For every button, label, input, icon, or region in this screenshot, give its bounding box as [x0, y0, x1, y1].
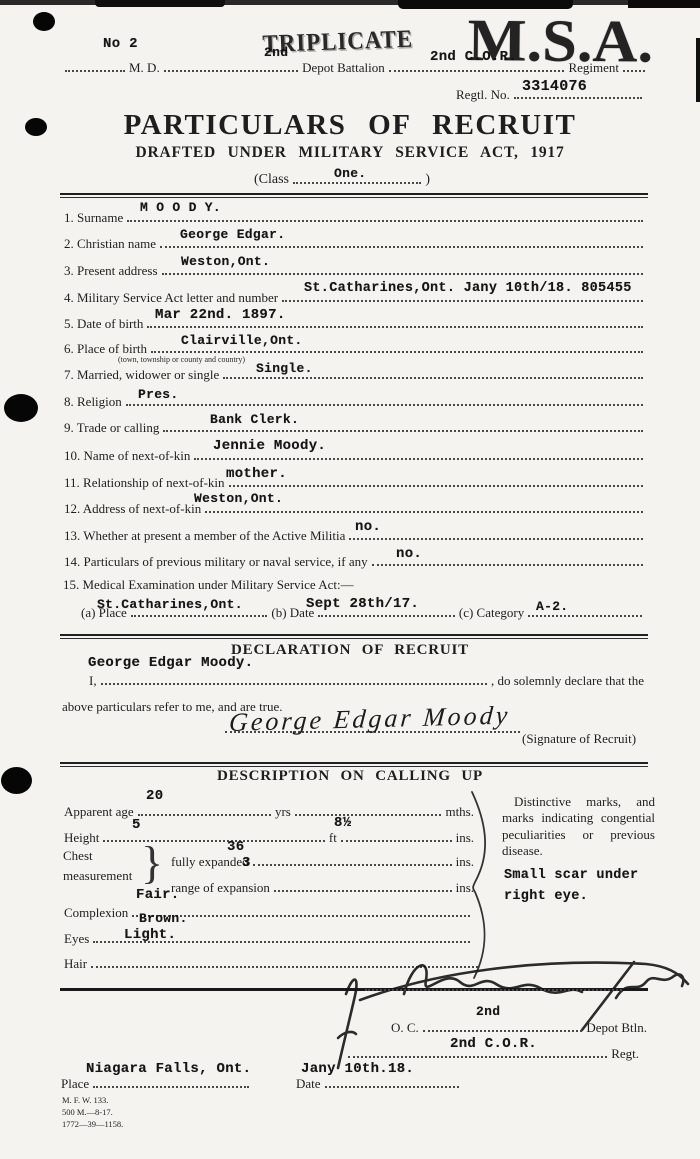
dotted-line — [372, 564, 643, 566]
field-label: 8. Religion — [63, 395, 123, 409]
chest-label-line2: measurement — [63, 866, 132, 886]
field-row-date-of-birth: 5. Date of birth — [63, 315, 646, 331]
declaration-suffix-label: , do solemnly declare that the — [490, 674, 645, 688]
field-row-trade: 9. Trade or calling — [63, 419, 646, 435]
field-row-next-of-kin-name: 10. Name of next-of-kin — [63, 447, 646, 463]
distinctive-marks-value: Small scar under right eye. — [504, 866, 682, 908]
eyes-label: Eyes — [63, 932, 90, 946]
footer-date-line: Date — [295, 1075, 462, 1091]
dotted-line — [151, 351, 643, 353]
range-expansion-value: 3 — [242, 855, 251, 871]
regt-label: Regt. — [610, 1047, 640, 1061]
field-value-next-of-kin-relationship: mother. — [226, 466, 287, 482]
field-value-active-militia: no. — [355, 519, 381, 535]
declaration-line1: I, , do solemnly declare that the — [88, 672, 645, 688]
scan-blob — [95, 0, 225, 7]
dotted-line — [138, 814, 271, 816]
dotted-line — [282, 300, 643, 302]
dotted-line — [325, 1086, 459, 1088]
field-label: 7. Married, widower or single — [63, 368, 220, 382]
class-value: One. — [334, 166, 366, 181]
copy-number-typed: No 2 — [103, 36, 138, 52]
fully-expanded-value: 36 — [227, 839, 244, 855]
field-row-christian-name: 2. Christian name — [63, 235, 646, 251]
oc-line: O. C. Depot Btln. — [390, 1019, 648, 1035]
depot-battalion-label: Depot Battalion — [301, 61, 386, 75]
footer-place-label: Place — [60, 1077, 90, 1091]
ft-label: ft — [328, 831, 338, 845]
complexion-label: Complexion — [63, 906, 129, 920]
declaration-typed-name: George Edgar Moody. — [88, 655, 253, 671]
dotted-line — [514, 97, 642, 99]
md-label: M. D. — [128, 61, 161, 75]
field-label: 9. Trade or calling — [63, 421, 160, 435]
dotted-line — [101, 683, 487, 685]
declaration-i-label: I, — [88, 674, 98, 688]
field-value-previous-service: no. — [396, 546, 422, 562]
dotted-line — [229, 485, 643, 487]
class-open-label: (Class — [253, 172, 290, 187]
field-label: 6. Place of birth — [63, 342, 148, 356]
height-line: Height ft ins. — [63, 829, 475, 845]
field-label: 10. Name of next-of-kin — [63, 449, 191, 463]
field-row-marital-status: 7. Married, widower or single — [63, 366, 646, 382]
dotted-line — [160, 246, 643, 248]
fully-expanded-line: fully expanded ins. — [170, 853, 475, 869]
footer-date-label: Date — [295, 1077, 322, 1091]
range-expansion-line: range of expansion ins. — [170, 879, 475, 895]
dotted-line — [348, 1056, 607, 1058]
dotted-line — [65, 70, 125, 72]
apparent-age-value: 20 — [146, 788, 163, 804]
field-value-next-of-kin-name: Jennie Moody. — [213, 438, 326, 454]
apparent-age-line: Apparent age yrs mths. — [63, 803, 475, 819]
dotted-line — [163, 430, 643, 432]
dotted-line — [127, 220, 643, 222]
field-row-place-of-birth: 6. Place of birth — [63, 340, 646, 356]
dotted-line — [423, 1030, 583, 1032]
dotted-line — [341, 840, 452, 842]
form-ref: 1772—39—1158. — [62, 1119, 123, 1131]
place-of-birth-sublabel: (town, township or county and country) — [118, 355, 245, 364]
dotted-line — [223, 377, 643, 379]
form-title: PARTICULARS OF RECRUIT — [0, 109, 700, 142]
medical-exam-label: 15. Medical Examination under Military S… — [63, 577, 354, 593]
dotted-line — [93, 1086, 249, 1088]
field-row-next-of-kin-address: 12. Address of next-of-kin — [63, 500, 646, 516]
medical-category-value: A-2. — [536, 599, 568, 614]
dotted-line — [528, 615, 642, 617]
distinctive-marks-note: Distinctive marks, and marks indicating … — [502, 794, 655, 859]
dotted-line — [349, 538, 643, 540]
dotted-line — [126, 404, 643, 406]
officer-signature-line — [365, 989, 622, 991]
hair-label: Hair — [63, 957, 88, 971]
dotted-line — [162, 273, 643, 275]
field-label: 13. Whether at present a member of the A… — [63, 529, 346, 543]
field-label: 11. Relationship of next-of-kin — [63, 476, 226, 490]
field-label: 5. Date of birth — [63, 317, 144, 331]
section-rule — [60, 762, 648, 767]
range-expansion-label: range of expansion — [170, 881, 271, 895]
height-label: Height — [63, 831, 100, 845]
height-ft-value: 5 — [132, 817, 141, 833]
dotted-line — [194, 458, 643, 460]
form-ref: M. F. W. 133. — [62, 1095, 123, 1107]
dotted-line — [318, 615, 455, 617]
field-value-msa-letter-number: St.Catharines,Ont. Jany 10th/18. 805455 — [304, 281, 632, 296]
msa-stamp: M.S.A. — [467, 6, 653, 77]
field-value-date-of-birth: Mar 22nd. 1897. — [155, 307, 286, 323]
dotted-line — [253, 864, 452, 866]
scan-edge-right — [696, 38, 700, 102]
class-close-label: ) — [424, 172, 431, 187]
recruit-form-page: M. D. Depot Battalion Regiment No 2 2nd … — [0, 0, 700, 1159]
section-rule — [60, 634, 648, 639]
field-label: 3. Present address — [63, 264, 159, 278]
regtl-no-value: 3314076 — [522, 78, 587, 95]
field-value-trade: Bank Clerk. — [210, 412, 299, 427]
section-rule — [60, 193, 648, 198]
dotted-line — [147, 326, 643, 328]
chest-label-line1: Chest — [63, 846, 132, 866]
oc-unit-typed: 2nd — [476, 1004, 500, 1019]
field-value-surname: M O O D Y. — [140, 200, 221, 215]
form-ref: 500 M.—8-17. — [62, 1107, 123, 1119]
description-heading: DESCRIPTION ON CALLING UP — [0, 768, 700, 785]
triplicate-stamp: TRIPLICATE — [262, 26, 414, 59]
dotted-line — [293, 182, 421, 184]
medical-category-label: (c) Category — [458, 606, 525, 620]
medical-date-value: Sept 28th/17. — [306, 596, 419, 612]
dotted-line — [274, 890, 452, 892]
yrs-label: yrs — [274, 805, 292, 819]
chest-measurement-label: Chest measurement — [63, 846, 132, 886]
field-label: 2. Christian name — [63, 237, 157, 251]
field-value-present-address: Weston,Ont. — [181, 254, 270, 269]
field-label: 14. Particulars of previous military or … — [63, 555, 369, 569]
chest-brace: } — [141, 840, 163, 886]
punch-hole — [33, 12, 55, 31]
field-label: 4. Military Service Act letter and numbe… — [63, 291, 279, 305]
oc-label: O. C. — [390, 1021, 420, 1035]
punch-hole — [4, 394, 38, 422]
signature-of-recruit-label: (Signature of Recruit) — [522, 731, 636, 747]
medical-place-value: St.Catharines,Ont. — [97, 597, 243, 612]
form-subtitle: DRAFTED UNDER MILITARY SERVICE ACT, 1917 — [0, 144, 700, 162]
footer-place-line: Place — [60, 1075, 252, 1091]
field-value-marital-status: Single. — [256, 361, 313, 376]
field-value-religion: Pres. — [138, 387, 179, 402]
dotted-line — [103, 840, 324, 842]
fully-expanded-label: fully expanded — [170, 855, 250, 869]
form-reference-numbers: M. F. W. 133. 500 M.—8-17. 1772—39—1158. — [62, 1095, 123, 1131]
dotted-line — [295, 814, 442, 816]
field-label: 1. Surname — [63, 211, 124, 225]
hair-value: Light. — [124, 927, 176, 943]
field-value-next-of-kin-address: Weston,Ont. — [194, 491, 283, 506]
field-row-previous-service: 14. Particulars of previous military or … — [63, 553, 646, 569]
field-label: 12. Address of next-of-kin — [63, 502, 202, 516]
apparent-age-label: Apparent age — [63, 805, 135, 819]
dotted-line — [205, 511, 643, 513]
regt-line: Regt. — [345, 1045, 640, 1061]
complexion-value: Fair. — [136, 887, 180, 903]
depot-btln-label: Depot Btln. — [585, 1021, 648, 1035]
field-row-present-address: 3. Present address — [63, 262, 646, 278]
dotted-line — [131, 615, 268, 617]
height-ins-value: 8½ — [334, 815, 351, 831]
complexion-line: Complexion — [63, 904, 473, 920]
eyes-value: Brown. — [139, 911, 188, 926]
field-row-next-of-kin-relationship: 11. Relationship of next-of-kin — [63, 474, 646, 490]
field-value-place-of-birth: Clairville,Ont. — [181, 333, 303, 348]
dotted-line — [164, 70, 298, 72]
regtl-no-label: Regtl. No. — [455, 88, 511, 102]
field-value-christian-name: George Edgar. — [180, 227, 285, 242]
